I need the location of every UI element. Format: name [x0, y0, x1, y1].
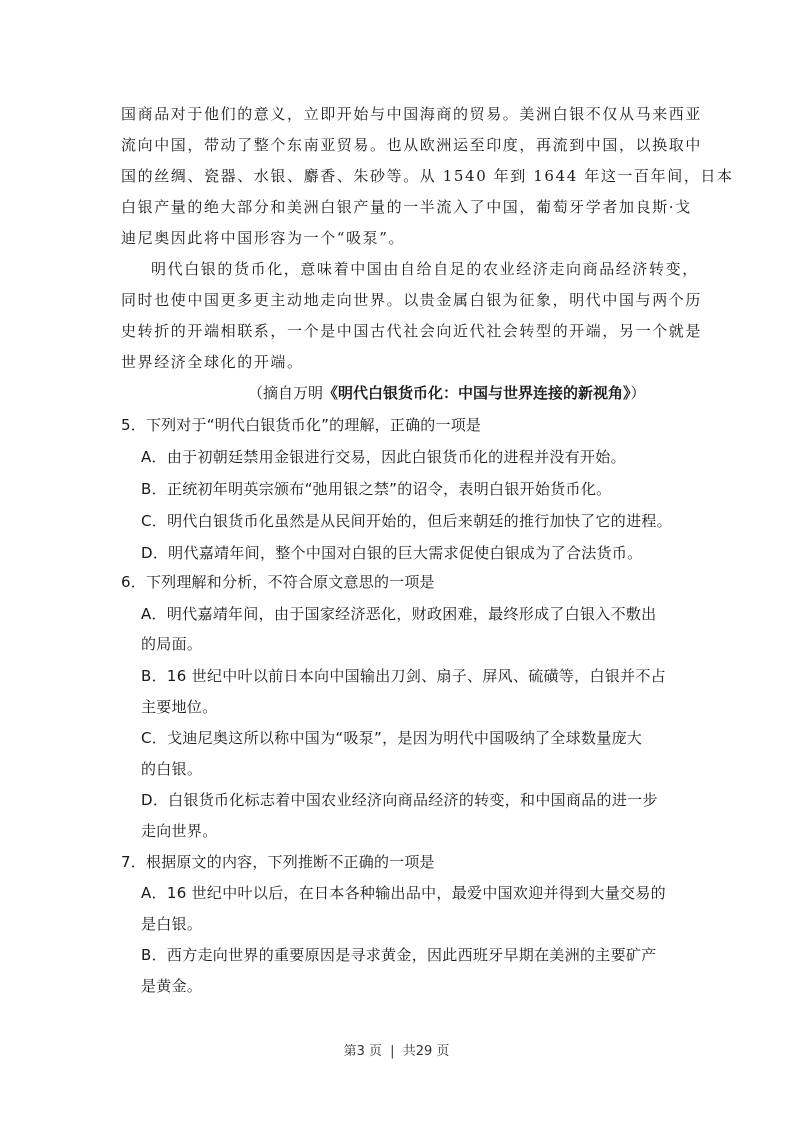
page-number: 第3 页: [344, 1044, 382, 1059]
question-6-option-a: A．明代嘉靖年间，由于国家经济恶化，财政困难，最终形成了白银入不敷出: [141, 604, 656, 624]
source-citation: （摘自万明《明代白银货币化：中国与世界连接的新视角》）: [248, 383, 646, 403]
question-6-option-c-cont: 的白银。: [141, 759, 202, 779]
question-5-option-b: B．正统初年明英宗颁布“弛用银之禁”的诏令，表明白银开始货币化。: [141, 479, 611, 499]
question-6-option-d-cont: 走向世界。: [141, 821, 218, 841]
question-7-option-b: B．西方走向世界的重要原因是寻求黄金，因此西班牙早期在美洲的主要矿产: [141, 945, 657, 965]
passage-line: 同时也使中国更多更主动地走向世界。以贵金属白银为征象，明代中国与两个历: [121, 290, 702, 310]
question-6-option-c: C．戈迪尼奥这所以称中国为“吸泵”，是因为明代中国吸纳了全球数量庞大: [141, 728, 642, 748]
question-5-option-a: A．由于初朝廷禁用金银进行交易，因此白银货币化的进程并没有开始。: [141, 447, 626, 467]
document-page: 国商品对于他们的意义，立即开始与中国海商的贸易。美洲白银不仅从马来西亚 流向中国…: [0, 0, 793, 1122]
passage-line: 流向中国，带动了整个东南亚贸易。也从欧洲运至印度，再流到中国，以换取中: [121, 135, 702, 155]
passage-line: 史转折的开端相联系，一个是中国古代社会向近代社会转型的开端，另一个就是: [121, 321, 702, 341]
passage-line: 白银产量的绝大部分和美洲白银产量的一半流入了中国，葡萄牙学者加良斯·戈: [121, 197, 692, 217]
question-5-option-c: C．明代白银货币化虽然是从民间开始的，但后来朝廷的推行加快了它的进程。: [141, 511, 672, 531]
question-5-option-d: D．明代嘉靖年间，整个中国对白银的巨大需求促使白银成为了合法货币。: [141, 543, 642, 563]
passage-line: 世界经济全球化的开端。: [121, 352, 304, 372]
question-6-option-b-cont: 主要地位。: [141, 697, 218, 717]
page-footer: 第3 页 | 共29 页: [0, 1040, 793, 1059]
question-6-stem: 6．下列理解和分析，不符合原文意思的一项是: [121, 572, 435, 592]
passage-line: 国的丝绸、瓷器、水银、麝香、朱砂等。从 1540 年到 1644 年这一百年间，…: [121, 166, 734, 186]
question-7-stem: 7．根据原文的内容，下列推断不正确的一项是: [121, 852, 435, 872]
source-prefix: （摘自万明: [248, 384, 323, 402]
question-6-option-b: B．16 世纪中叶以前日本向中国输出刀剑、扇子、屏风、硫磺等，白银并不占: [141, 666, 666, 686]
question-6-option-a-cont: 的局面。: [141, 634, 202, 654]
passage-line: 迪尼奥因此将中国形容为一个“吸泵”。: [121, 228, 405, 248]
question-7-option-b-cont: 是黄金。: [141, 976, 202, 996]
passage-line: 明代白银的货币化，意味着中国由自给自足的农业经济走向商品经济转变，: [151, 259, 699, 279]
question-5-stem: 5．下列对于“明代白银货币化”的理解，正确的一项是: [121, 415, 481, 435]
source-suffix: ）: [631, 384, 646, 402]
question-7-option-a-cont: 是白银。: [141, 914, 202, 934]
source-title: 《明代白银货币化：中国与世界连接的新视角》: [323, 384, 631, 402]
total-pages: 共29 页: [403, 1044, 450, 1059]
passage-line: 国商品对于他们的意义，立即开始与中国海商的贸易。美洲白银不仅从马来西亚: [121, 104, 702, 124]
footer-separator: |: [390, 1044, 394, 1059]
question-7-option-a: A．16 世纪中叶以后，在日本各种输出品中，最爱中国欢迎并得到大量交易的: [141, 883, 666, 903]
question-6-option-d: D．白银货币化标志着中国农业经济向商品经济的转变，和中国商品的进一步: [141, 790, 658, 810]
